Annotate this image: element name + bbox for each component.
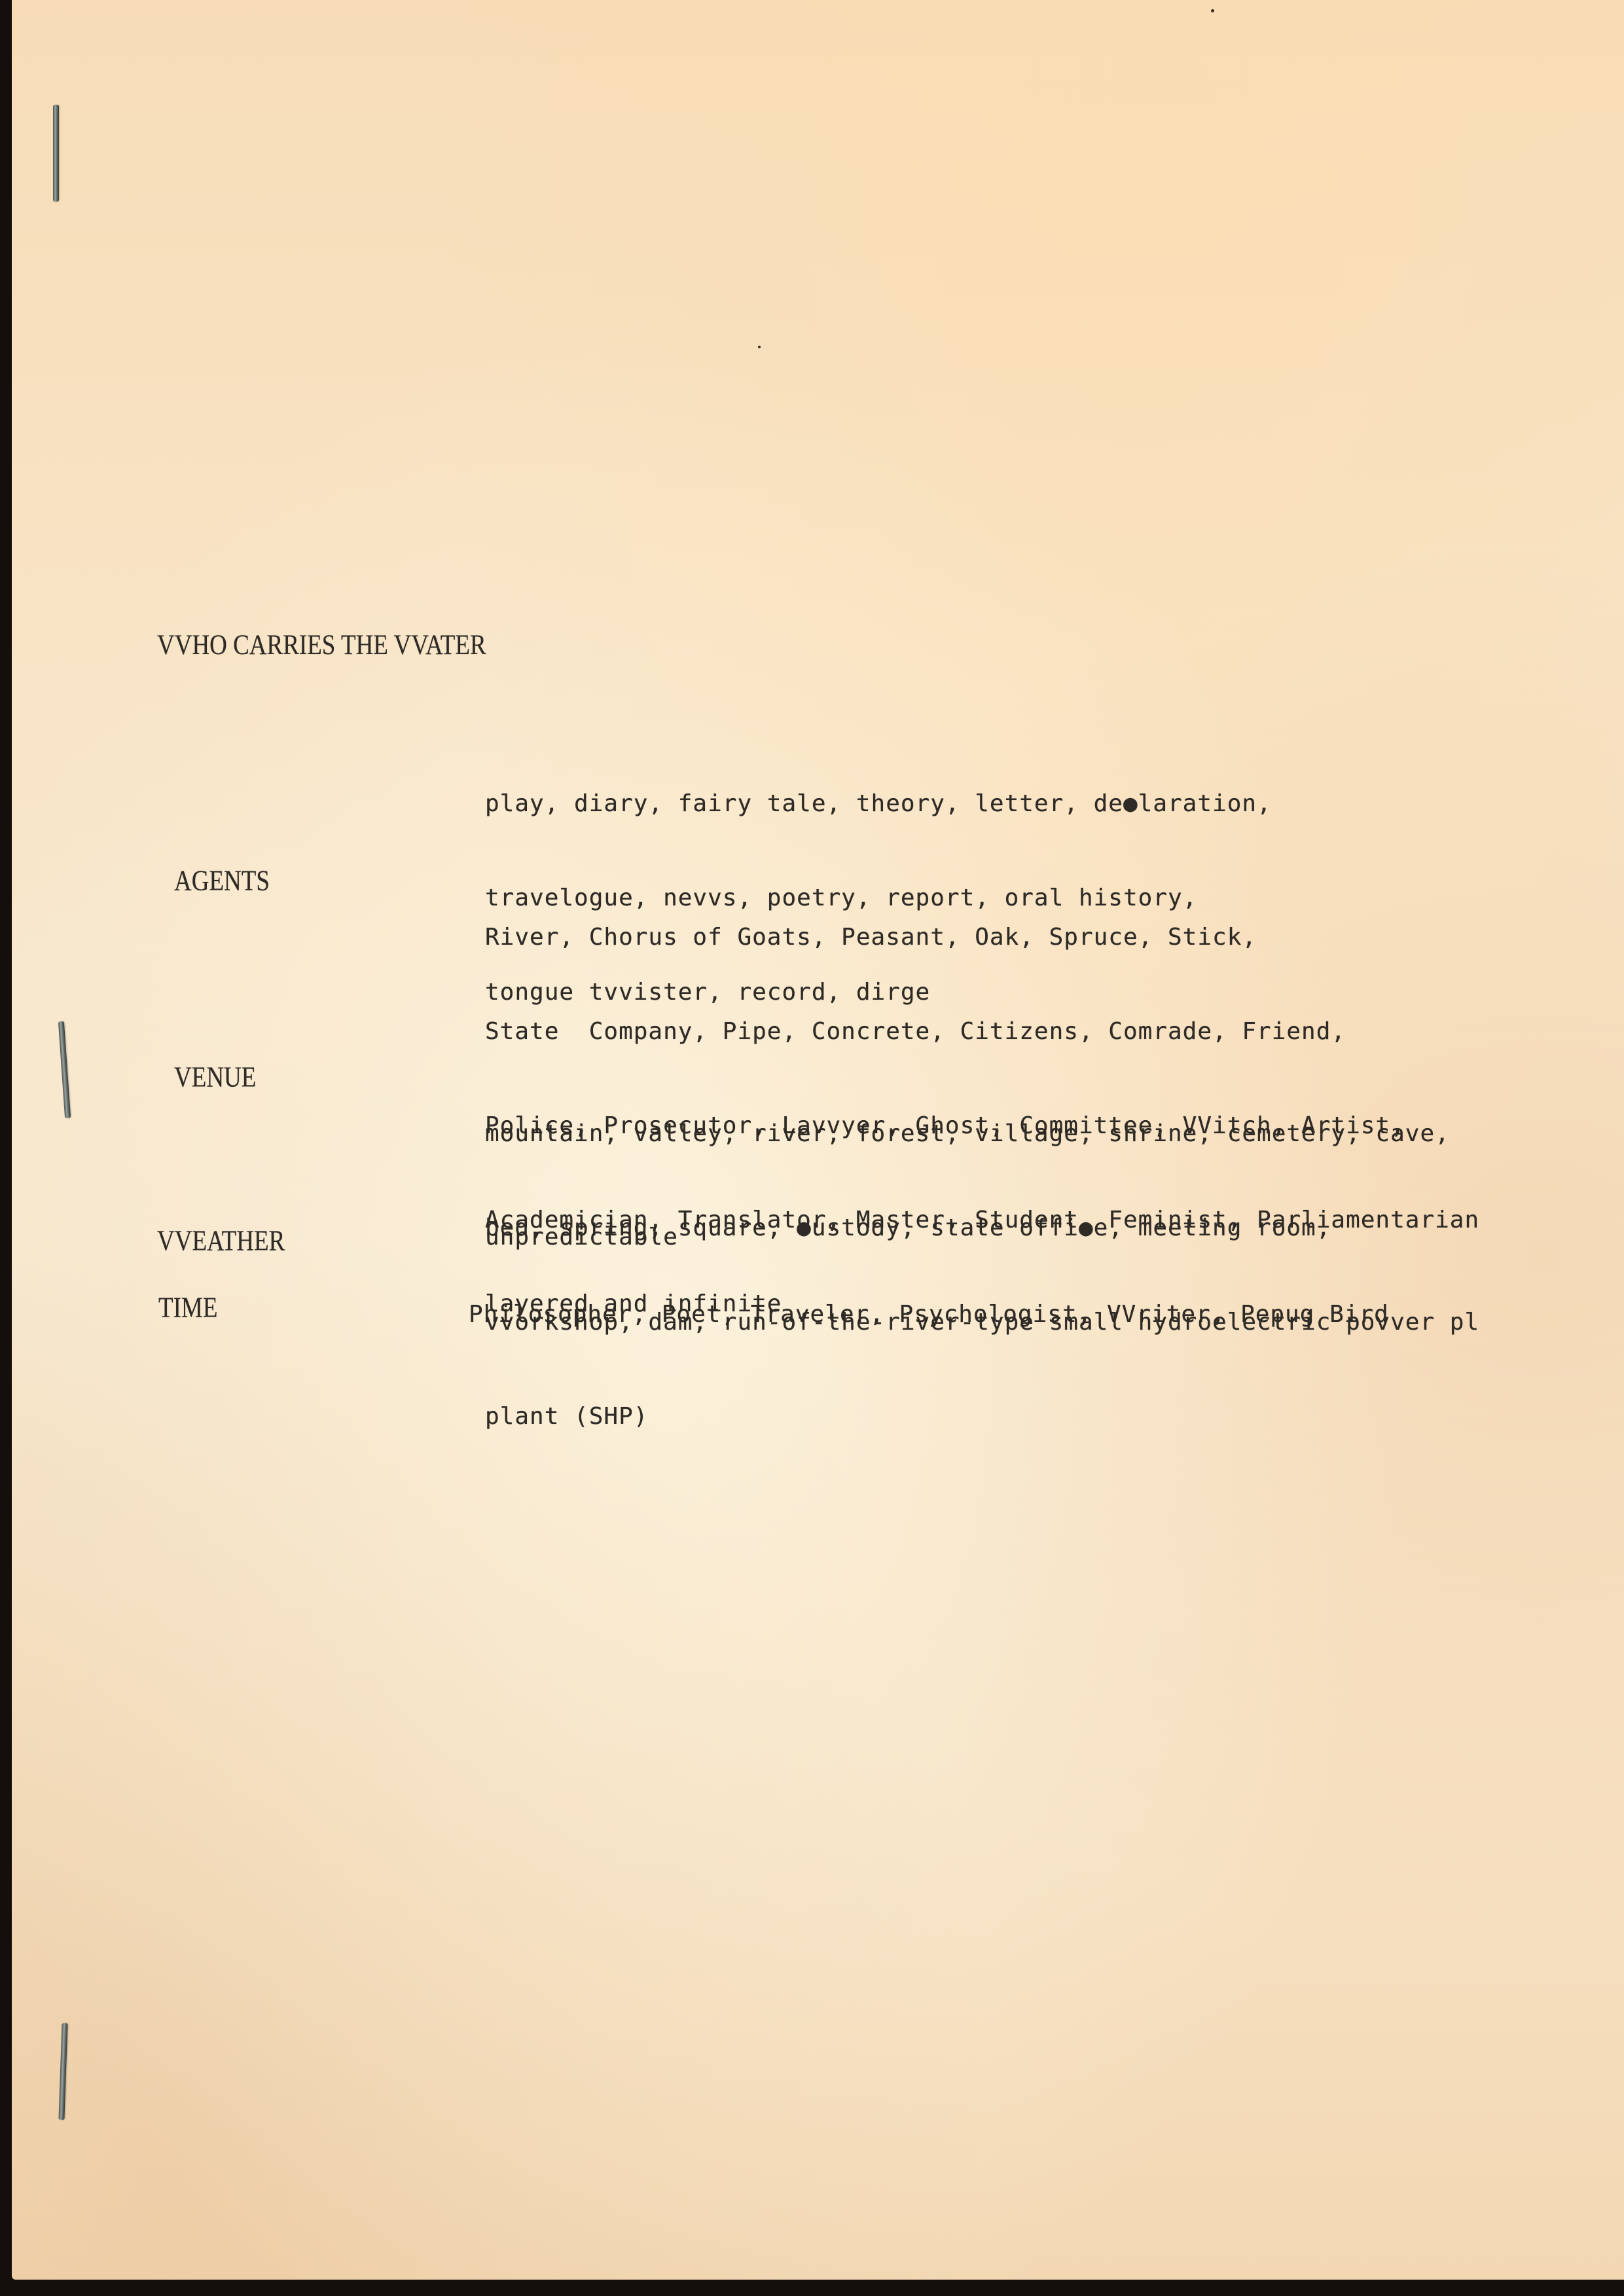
time-value: layered and infinite: [485, 1288, 782, 1320]
weather-value: unpredictable: [485, 1222, 678, 1253]
paper-sheet: VVHO CARRIES THE VVATER play, diary, fai…: [12, 0, 1624, 2280]
staple-top: [53, 105, 59, 202]
document-title: VVHO CARRIES THE VVATER: [157, 629, 486, 662]
venue-list: mountain, valley, river, forest, village…: [485, 1055, 1479, 1495]
time-label: TIME: [158, 1291, 217, 1325]
agents-line: State Company, Pipe, Concrete, Citizens,…: [485, 1016, 1479, 1048]
scanned-page: VVHO CARRIES THE VVATER play, diary, fai…: [0, 0, 1624, 2296]
venue-line: plant (SHP): [485, 1401, 1479, 1432]
agents-line: River, Chorus of Goats, Peasant, Oak, Sp…: [485, 922, 1479, 953]
weather-label: VVEATHER: [157, 1224, 285, 1258]
venue-line: mountain, valley, river, forest, village…: [485, 1118, 1479, 1150]
ink-speck: [758, 346, 761, 348]
staple-middle: [58, 1021, 71, 1118]
agents-label: AGENTS: [174, 864, 270, 898]
staple-bottom: [58, 2023, 67, 2120]
ink-speck: [1211, 9, 1214, 12]
genres-line: play, diary, fairy tale, theory, letter,…: [485, 788, 1272, 820]
venue-label: VENUE: [174, 1061, 256, 1095]
